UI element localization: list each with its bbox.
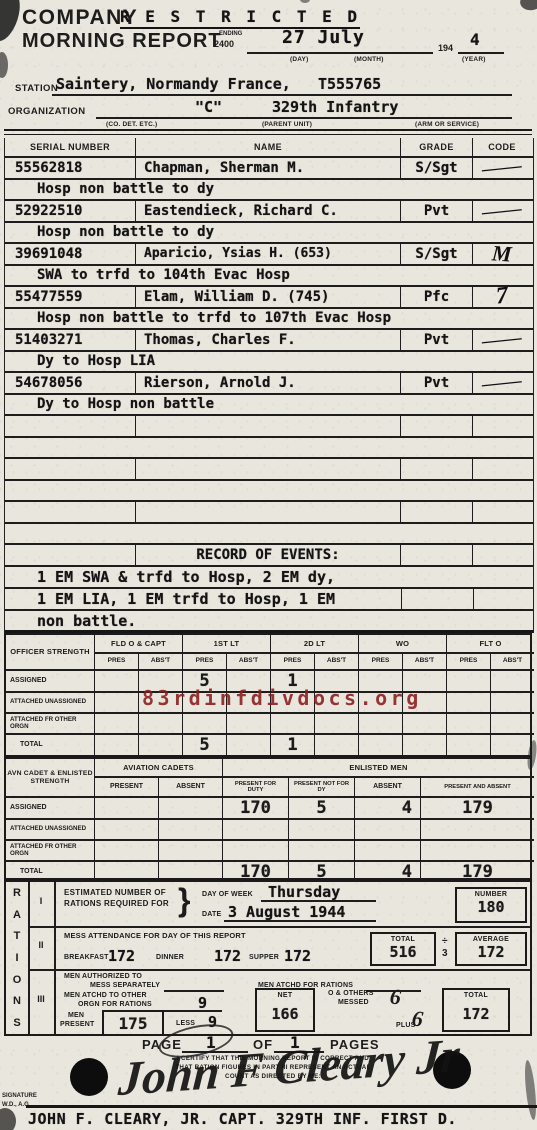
serial-number: 54678056: [5, 373, 136, 393]
col-header-code: CODE: [473, 138, 531, 156]
row-label-total: TOTAL: [6, 860, 94, 882]
grade: Pvt: [401, 330, 473, 350]
scan-blotch: [0, 1108, 16, 1130]
enlisted-cell: 4: [354, 860, 420, 882]
col-present-not-for-dy: PRESENT NOT FOR DY: [288, 776, 354, 796]
others-messed-value: 6: [389, 983, 403, 1010]
event-text: Hosp non battle to dy: [37, 181, 214, 197]
officer-cell: [446, 733, 490, 755]
soldier-name: Eastendieck, Richard C.: [136, 201, 401, 221]
men-authorized-label-2: MESS SEPARATELY: [90, 982, 160, 989]
atchd-other-label-1: MEN ATCHD TO OTHER: [64, 992, 147, 999]
sub-label-arm: (ARM OR SERVICE): [415, 121, 479, 128]
record-of-events-header-row: RECORD OF EVENTS:: [5, 545, 533, 567]
code-handwritten-mark: —: [481, 198, 523, 223]
morning-report-scan: COMPANY MORNING REPORT R E S T R I C T E…: [0, 0, 537, 1130]
group-aviation-cadets: AVIATION CADETS: [94, 759, 222, 776]
event-text: Hosp non battle to dy: [37, 224, 214, 240]
code-handwritten-mark: —: [481, 370, 523, 395]
col-cadets-absent: ABSENT: [158, 776, 222, 796]
officer-cell: 1: [270, 733, 314, 755]
scan-blotch: [523, 1060, 537, 1121]
row-label-attached-unassigned: ATTACHED UNASSIGNED: [6, 691, 94, 712]
col-present-and-absent: PRESENT AND ABSENT: [420, 776, 534, 796]
net-box: NET 166: [255, 988, 315, 1032]
soldier-name: Chapman, Sherman M.: [136, 158, 401, 178]
sub-abst: ABS'T: [226, 652, 270, 669]
enlisted-strength-table: AVN CADET & ENLISTED STRENGTH AVIATION C…: [4, 757, 532, 880]
sub-pres: PRES: [94, 652, 138, 669]
organization-label: ORGANIZATION: [8, 106, 85, 117]
enlisted-cell: 5: [288, 796, 354, 818]
year-label: (YEAR): [462, 56, 486, 63]
day-of-week-label: DAY OF WEEK: [202, 891, 253, 898]
punch-hole-left: [70, 1058, 108, 1096]
number-label: NUMBER: [457, 891, 525, 898]
sub-label-parent: (PARENT UNIT): [262, 121, 312, 128]
sub-pres: PRES: [182, 652, 226, 669]
code-handwritten-mark: 7: [495, 283, 510, 311]
soldier-name: Thomas, Charles F.: [136, 330, 401, 350]
row-label-attached-fr-other: ATTACHED FR OTHER ORGN: [6, 839, 94, 860]
event-text: Hosp non battle to trfd to 107th Evac Ho…: [37, 310, 391, 326]
rations-total-value: 172: [444, 1005, 508, 1023]
code-handwritten-mark: —: [481, 327, 523, 352]
officer-strength-header: OFFICER STRENGTH: [6, 635, 94, 669]
sub-pres: PRES: [358, 652, 402, 669]
blank-row: [5, 502, 533, 524]
roster-row: 55477559 Elam, William D. (745) Pfc 7: [5, 287, 533, 309]
date-label: DATE: [202, 911, 221, 918]
events-line-row: 1 EM SWA & trfd to Hosp, 2 EM dy,: [5, 567, 533, 589]
enlisted-cell: 4: [354, 796, 420, 818]
average-value: 172: [457, 943, 525, 961]
scan-blotch: [0, 52, 8, 78]
sub-pres: PRES: [270, 652, 314, 669]
code-handwritten-mark: —: [481, 155, 523, 180]
group-wo: WO: [358, 635, 446, 652]
scan-blotch: [518, 0, 537, 13]
events-line-row: non battle.: [5, 611, 533, 633]
sub-label-co: (CO. DET. ETC.): [106, 121, 157, 128]
number-value: 180: [457, 898, 525, 916]
sub-pres: PRES: [446, 652, 490, 669]
col-present-for-duty: PRESENT FOR DUTY: [222, 776, 288, 796]
roster-table: SERIAL NUMBER NAME GRADE CODE 55562818 C…: [4, 138, 534, 633]
others-messed-label-1: O & OTHERS: [328, 990, 374, 997]
month-label: (MONTH): [354, 56, 384, 63]
brace: }: [178, 882, 190, 919]
regiment-value: 329th Infantry: [272, 98, 398, 116]
events-line1: 1 EM SWA & trfd to Hosp, 2 EM dy,: [37, 568, 335, 586]
numeral-ii: II: [28, 940, 54, 950]
company-value: "C": [195, 98, 222, 116]
grade: Pvt: [401, 373, 473, 393]
year-underline: [458, 52, 504, 54]
form-title-line2: MORNING REPORT: [22, 30, 222, 53]
group-2d-lt: 2D LT: [270, 635, 358, 652]
officer-cell: 5: [182, 733, 226, 755]
footer-rule: [26, 1105, 537, 1108]
date-underline: [247, 52, 433, 54]
dinner-label: DINNER: [156, 954, 184, 961]
enlisted-cell: 170: [222, 860, 288, 882]
blank-row: [5, 524, 533, 546]
typed-signature-block: JOHN F. CLEARY, JR. CAPT. 329TH INF. FIR…: [28, 1110, 457, 1128]
ending-time: 2400: [214, 39, 234, 49]
row-label-attached-unassigned: ATTACHED UNASSIGNED: [6, 818, 94, 839]
officer-cell: [314, 733, 358, 755]
roster-row: 51403271 Thomas, Charles F. Pvt —: [5, 330, 533, 352]
roster-row: 55562818 Chapman, Sherman M. S/Sgt —: [5, 158, 533, 180]
roster-event-row: Dy to Hosp non battle: [5, 395, 533, 417]
men-present-value: 175: [104, 1014, 162, 1033]
serial-number: 51403271: [5, 330, 136, 350]
website-watermark: 83rdinfdivdocs.org: [142, 686, 422, 710]
dinner-value: 172: [214, 947, 241, 965]
sub-abst: ABS'T: [402, 652, 446, 669]
enlisted-cell: 170: [222, 796, 288, 818]
roster-row: 54678056 Rierson, Arnold J. Pvt —: [5, 373, 533, 395]
officer-cell: [490, 733, 534, 755]
divide-sign: ÷: [442, 936, 448, 947]
officer-cell: [402, 733, 446, 755]
sub-abst: ABS'T: [138, 652, 182, 669]
average-label: AVERAGE: [457, 936, 525, 943]
grade: Pvt: [401, 201, 473, 221]
net-value: 166: [257, 1005, 313, 1023]
organization-underline: [96, 117, 512, 119]
rations-total-box: TOTAL 172: [442, 988, 510, 1032]
station-value: Saintery, Normandy France,: [56, 75, 291, 93]
atchd-other-label-2: ORGN FOR RATIONS: [78, 1001, 152, 1008]
average-box: AVERAGE 172: [455, 932, 527, 966]
roster-event-row: Dy to Hosp LIA: [5, 352, 533, 374]
col-header-serial: SERIAL NUMBER: [5, 138, 136, 156]
soldier-name: Elam, William D. (745): [136, 287, 401, 307]
year-prefix: 194: [438, 43, 453, 53]
officer-cell: [490, 669, 534, 691]
men-present-box: 175: [102, 1010, 164, 1034]
estimated-label-1: ESTIMATED NUMBER OF: [64, 888, 166, 897]
enlisted-cell: 179: [420, 796, 534, 818]
ending-label: ENDING: [219, 31, 242, 37]
mess-attendance-title: MESS ATTENDANCE FOR DAY OF THIS REPORT: [64, 931, 246, 940]
roster-row: 52922510 Eastendieck, Richard C. Pvt —: [5, 201, 533, 223]
row-label-total: TOTAL: [6, 733, 94, 755]
grade: S/Sgt: [401, 158, 473, 178]
record-of-events-title: RECORD OF EVENTS:: [196, 547, 339, 563]
report-date: 27 July: [282, 27, 365, 48]
officer-cell: [446, 669, 490, 691]
scan-blotch: [300, 0, 310, 3]
officer-cell: [94, 733, 138, 755]
code-handwritten-mark: M: [491, 240, 512, 267]
officer-cell: [226, 733, 270, 755]
day-label: (DAY): [290, 56, 308, 63]
sub-abst: ABS'T: [490, 652, 534, 669]
breakfast-label: BREAKFAST: [64, 954, 109, 961]
group-flt-o: FLT O: [446, 635, 534, 652]
enlisted-strength-header: AVN CADET & ENLISTED STRENGTH: [6, 759, 94, 796]
event-text: SWA to trfd to 104th Evac Hosp: [37, 267, 290, 283]
plus-value: 6: [411, 1005, 425, 1032]
event-text: Dy to Hosp non battle: [37, 396, 214, 412]
row-label-attached-fr-other: ATTACHED FR OTHER ORGN: [6, 712, 94, 733]
station-label: STATION: [15, 83, 58, 94]
men-present-label-1: MEN: [68, 1012, 84, 1019]
estimated-label-2: RATIONS REQUIRED FOR: [64, 899, 169, 908]
soldier-name: Aparicio, Ysias H. (653): [136, 244, 401, 264]
group-fldo-capt: FLD O & CAPT: [94, 635, 182, 652]
serial-number: 39691048: [5, 244, 136, 264]
roster-event-row: Hosp non battle to dy: [5, 223, 533, 245]
event-text: Dy to Hosp LIA: [37, 353, 155, 369]
row-label-assigned: ASSIGNED: [6, 796, 94, 818]
roster-event-row: Hosp non battle to trfd to 107th Evac Ho…: [5, 309, 533, 331]
mess-total-value: 516: [372, 943, 434, 961]
grade: Pfc: [401, 287, 473, 307]
col-em-absent: ABSENT: [354, 776, 420, 796]
group-1st-lt: 1ST LT: [182, 635, 270, 652]
year-value: 4: [470, 30, 480, 49]
signature-label: SIGNATURE: [2, 1093, 37, 1099]
officer-cell: [138, 733, 182, 755]
numeral-iii: III: [28, 994, 54, 1004]
officer-cell: [94, 669, 138, 691]
numeral-i: I: [28, 896, 54, 906]
blank-row: [5, 438, 533, 460]
roster-event-row: SWA to trfd to 104th Evac Hosp: [5, 266, 533, 288]
supper-label: SUPPER: [249, 954, 279, 961]
breakfast-value: 172: [108, 947, 135, 965]
number-box: NUMBER 180: [455, 887, 527, 923]
row-label-assigned: ASSIGNED: [6, 669, 94, 691]
grade: S/Sgt: [401, 244, 473, 264]
events-line2: 1 EM LIA, 1 EM trfd to Hosp, 1 EM: [37, 590, 335, 608]
net-label: NET: [257, 992, 313, 999]
enlisted-cell: 179: [420, 860, 534, 882]
roster-event-row: Hosp non battle to dy: [5, 180, 533, 202]
col-cadets-present: PRESENT: [94, 776, 158, 796]
roster-row: 39691048 Aparicio, Ysias H. (653) S/Sgt …: [5, 244, 533, 266]
men-present-label-2: PRESENT: [60, 1021, 94, 1028]
restricted-stamp: R E S T R I C T E D: [120, 7, 360, 29]
men-authorized-label-1: MEN AUTHORIZED TO: [64, 973, 142, 980]
serial-number: 52922510: [5, 201, 136, 221]
group-enlisted-men: ENLISTED MEN: [222, 759, 534, 776]
mess-total-label: TOTAL: [372, 936, 434, 943]
serial-number: 55477559: [5, 287, 136, 307]
rations-numerals: I II III: [28, 882, 56, 1034]
rations-vertical-label: R A T I O N S: [6, 882, 30, 1034]
soldier-name: Rierson, Arnold J.: [136, 373, 401, 393]
divide-by: 3: [442, 948, 448, 959]
header-double-rule: [4, 129, 532, 135]
station-coordinates: T555765: [318, 75, 381, 93]
blank-row: [5, 416, 533, 438]
rations-section: R A T I O N S I II III ESTIMATED NUMBER …: [4, 880, 532, 1036]
blank-row: [5, 459, 533, 481]
mess-total-box: TOTAL 516: [370, 932, 436, 966]
col-header-name: NAME: [136, 138, 401, 156]
events-line3: non battle.: [37, 612, 136, 630]
others-messed-label-2: MESSED: [338, 999, 369, 1006]
rations-total-label: TOTAL: [444, 992, 508, 999]
station-underline: [52, 94, 512, 96]
sub-abst: ABS'T: [314, 652, 358, 669]
events-line-row: 1 EM LIA, 1 EM trfd to Hosp, 1 EM: [5, 589, 533, 611]
supper-value: 172: [284, 947, 311, 965]
blank-row: [5, 481, 533, 503]
enlisted-cell: 5: [288, 860, 354, 882]
serial-number: 55562818: [5, 158, 136, 178]
col-header-grade: GRADE: [401, 138, 473, 156]
officer-cell: [358, 733, 402, 755]
roster-header-row: SERIAL NUMBER NAME GRADE CODE: [5, 138, 533, 158]
